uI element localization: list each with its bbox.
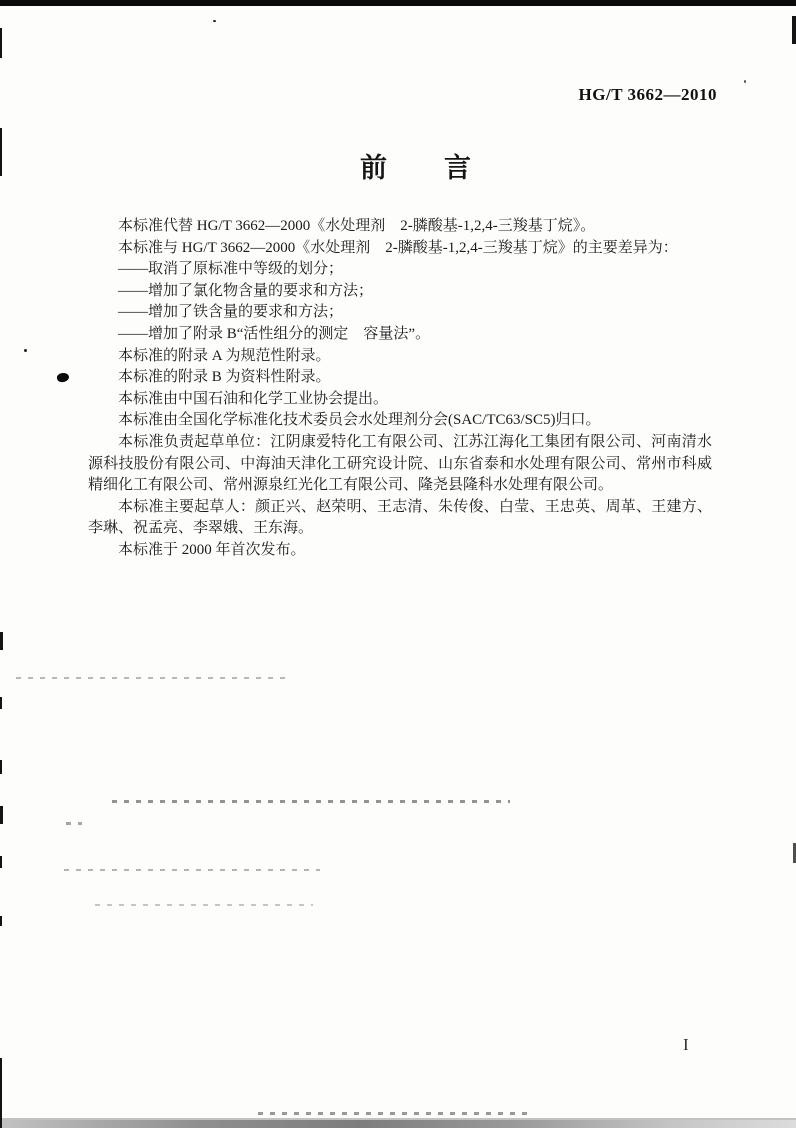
paragraph-first-issued: 本标准于 2000 年首次发布。 (88, 540, 712, 562)
foreword-body: 本标准代替 HG/T 3662—2000《水处理剂 2-膦酸基-1,2,4-三羧… (88, 216, 712, 562)
scan-edge-tick-left (0, 916, 2, 926)
list-item-change: ——增加了氯化物含量的要求和方法； (88, 281, 712, 303)
standard-code: HG/T 3662—2010 (579, 85, 717, 105)
scan-edge-tick-left (0, 1058, 2, 1128)
ink-speck (24, 349, 27, 352)
paragraph-annex-a: 本标准的附录 A 为规范性附录。 (88, 346, 712, 368)
scan-edge-tick-left (0, 806, 3, 824)
scan-ghost-line (64, 869, 320, 871)
ink-blob (56, 372, 70, 383)
scan-edge-tick-right (792, 16, 796, 44)
scan-ghost-line (16, 677, 290, 679)
list-item-change: ——增加了铁含量的要求和方法； (88, 302, 712, 324)
document-page: HG/T 3662—2010 前 言 本标准代替 HG/T 3662—2000《… (0, 0, 796, 1128)
scan-edge-tick-left (0, 28, 2, 58)
scan-edge-tick-left (0, 632, 3, 650)
paragraph-drafting-organizations: 本标准负责起草单位：江阴康爱特化工有限公司、江苏江海化工集团有限公司、河南清水源… (88, 432, 712, 497)
scan-edge-top (0, 0, 796, 6)
scan-edge-bottom (0, 1120, 796, 1128)
page-number: I (683, 1035, 689, 1055)
ink-speck (744, 80, 746, 83)
paragraph-proposed-by: 本标准由中国石油和化学工业协会提出。 (88, 389, 712, 411)
list-item-change: ——增加了附录 B“活性组分的测定 容量法”。 (88, 324, 712, 346)
scan-ghost-line (95, 904, 313, 906)
scan-edge-tick-left (0, 760, 2, 774)
paragraph-centralized-by: 本标准由全国化学标准化技术委员会水处理剂分会(SAC/TC63/SC5)归口。 (88, 410, 712, 432)
scan-ghost-line (112, 800, 510, 803)
paragraph-drafters: 本标准主要起草人：颜正兴、赵荣明、王志清、朱传俊、白莹、王忠英、周革、王建方、李… (88, 497, 712, 540)
scan-edge-tick-left (0, 856, 2, 868)
page-title: 前 言 (0, 146, 796, 185)
paragraph-replaces: 本标准代替 HG/T 3662—2000《水处理剂 2-膦酸基-1,2,4-三羧… (88, 216, 712, 238)
scan-ghost-line (258, 1112, 530, 1115)
list-item-change: ——取消了原标准中等级的划分； (88, 259, 712, 281)
paragraph-differences-intro: 本标准与 HG/T 3662—2000《水处理剂 2-膦酸基-1,2,4-三羧基… (88, 238, 712, 260)
paragraph-annex-b: 本标准的附录 B 为资料性附录。 (88, 367, 712, 389)
ink-speck (213, 20, 216, 22)
scan-ghost-line (66, 822, 82, 825)
scan-edge-tick-left (0, 697, 2, 709)
